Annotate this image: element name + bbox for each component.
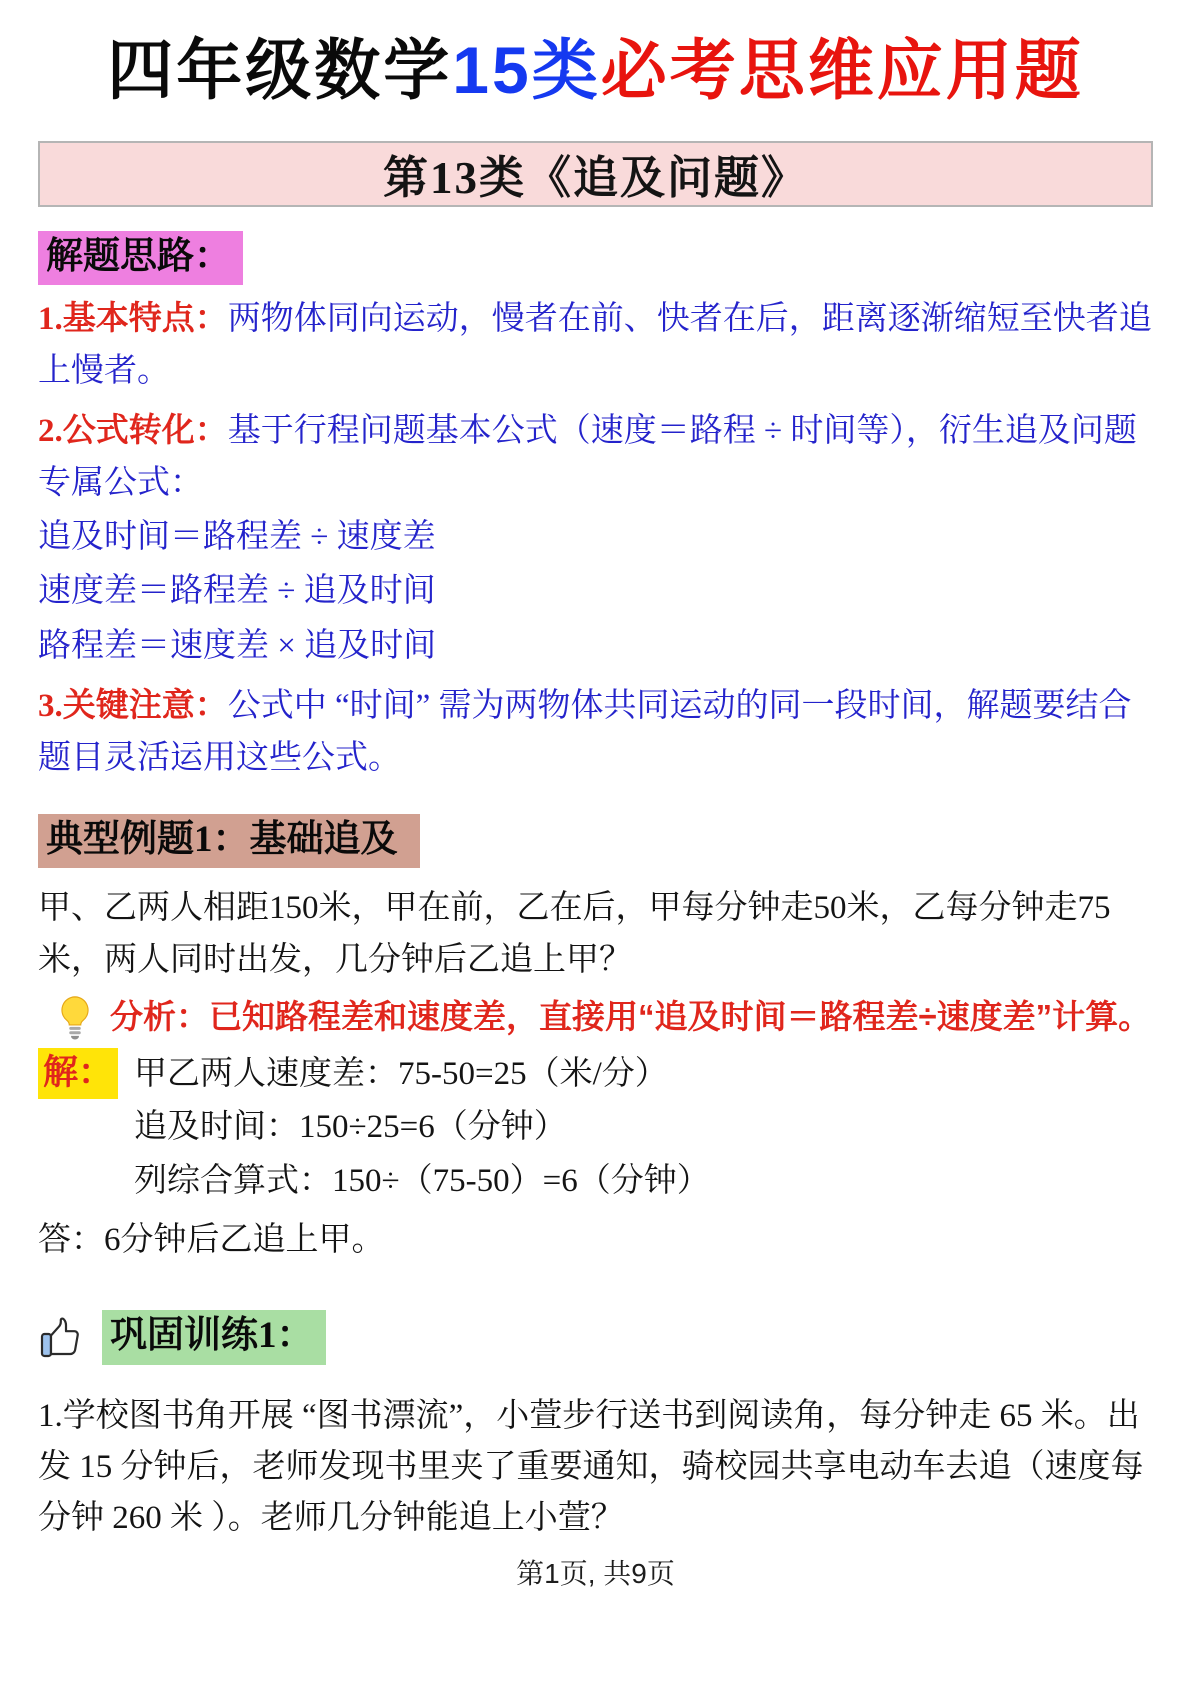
idea-point-3-label: 3.关键注意： — [38, 688, 228, 724]
solution-line-1: 甲乙两人速度差：75-50=25（米/分） — [134, 1048, 710, 1101]
practice-heading-row: 巩固训练1： — [38, 1310, 1153, 1364]
solution-line-3: 列综合算式：150÷（75-50）=6（分钟） — [134, 1155, 710, 1208]
formula-speed-diff: 速度差＝路程差 ÷ 追及时间 — [38, 565, 1153, 617]
thumbs-up-icon — [38, 1314, 86, 1362]
category-banner: 第13类《追及问题》 — [38, 141, 1153, 207]
solution-block: 解： 甲乙两人速度差：75-50=25（米/分） 追及时间：150÷25=6（分… — [38, 1048, 1153, 1208]
idea-point-1: 1.基本特点：两物体同向运动，慢者在前、快者在后，距离逐渐缩短至快者追上慢者。 — [38, 293, 1153, 397]
example-answer-text: 答：6分钟后乙追上甲。 — [38, 1214, 1153, 1266]
example-problem-text: 甲、乙两人相距150米，甲在前，乙在后，甲每分钟走50米，乙每分钟走75米，两人… — [38, 882, 1153, 986]
page-number: 第1页, 共9页 — [0, 1552, 1191, 1592]
section-heading-ideas: 解题思路： — [38, 231, 243, 285]
page-title-count: 15类 — [452, 33, 600, 107]
formula-distance-diff: 路程差＝速度差 × 追及时间 — [38, 620, 1153, 672]
idea-point-2-label: 2.公式转化： — [38, 413, 228, 449]
analysis-row: 分析：已知路程差和速度差，直接用“追及时间＝路程差÷速度差”计算。 — [38, 992, 1153, 1042]
formula-chase-time: 追及时间＝路程差 ÷ 速度差 — [38, 511, 1153, 563]
idea-point-2: 2.公式转化：基于行程问题基本公式（速度＝路程 ÷ 时间等），衍生追及问题专属公… — [38, 405, 1153, 509]
page-title: 四年级数学15类必考思维应用题 — [0, 0, 1191, 107]
lightbulb-icon — [54, 994, 96, 1040]
solution-line-2: 追及时间：150÷25=6（分钟） — [134, 1101, 710, 1154]
idea-point-3: 3.关键注意：公式中 “时间” 需为两物体共同运动的同一段时间，解题要结合题目灵… — [38, 680, 1153, 784]
section-heading-example-1: 典型例题1：基础追及 — [38, 814, 420, 868]
worksheet-page: 四年级数学15类必考思维应用题 第13类《追及问题》 解题思路： 1.基本特点：… — [0, 0, 1191, 1684]
page-title-grade: 四年级数学 — [107, 33, 452, 107]
idea-point-1-label: 1.基本特点： — [38, 301, 228, 337]
page-title-topic: 必考思维应用题 — [601, 33, 1084, 107]
section-heading-practice-1: 巩固训练1： — [102, 1310, 326, 1364]
solution-label: 解： — [38, 1048, 118, 1099]
analysis-text: 分析：已知路程差和速度差，直接用“追及时间＝路程差÷速度差”计算。 — [110, 992, 1151, 1042]
practice-problem-text: 1.学校图书角开展 “图书漂流”，小萱步行送书到阅读角，每分钟走 65 米。出发… — [38, 1391, 1153, 1544]
solution-lines: 甲乙两人速度差：75-50=25（米/分） 追及时间：150÷25=6（分钟） … — [134, 1048, 710, 1208]
category-banner-label: 第13类《追及问题》 — [383, 141, 808, 206]
